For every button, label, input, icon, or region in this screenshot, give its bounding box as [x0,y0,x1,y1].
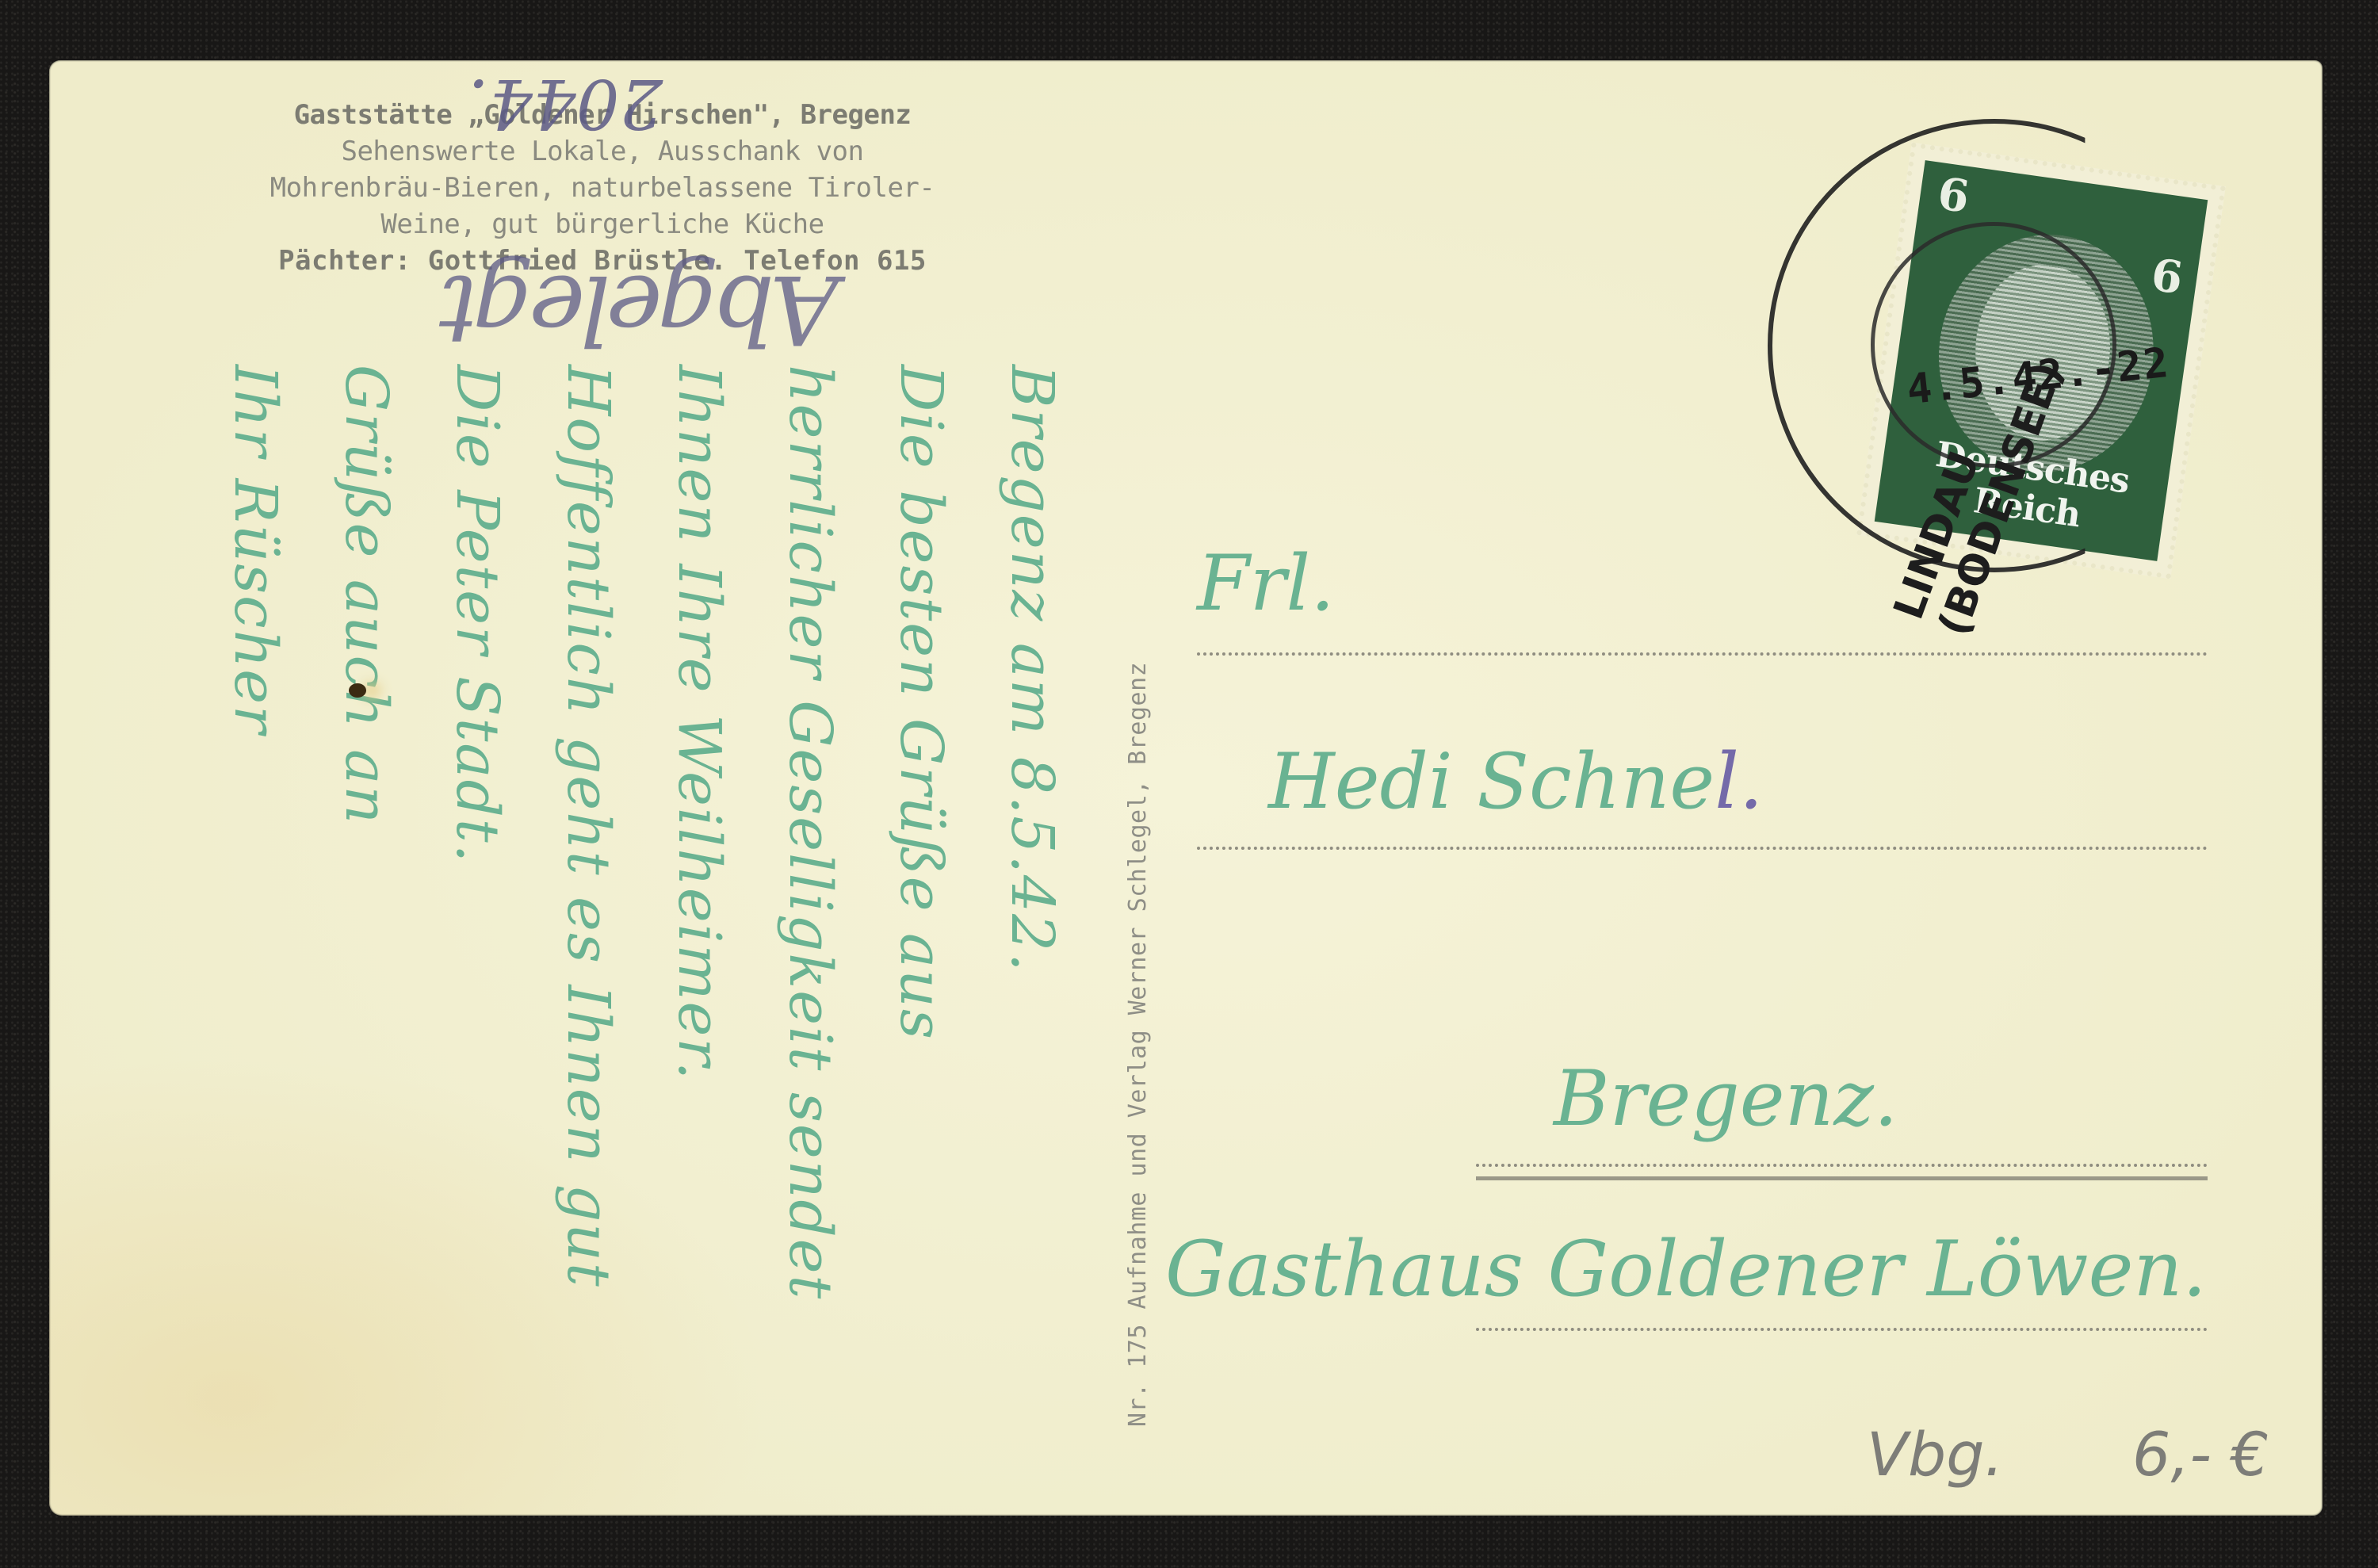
dealer-price: 6,- € [2132,1419,2269,1490]
message-line: Hoffentlich geht es Ihnen gut [554,365,622,1288]
address-rule-3 [1476,1164,2208,1167]
address-name-correction: l. [1715,737,1763,826]
address-line-2: Hedi Schnel. [1268,737,1763,826]
address-rule-1 [1197,652,2208,656]
address-line-3: Bregenz. [1554,1054,1898,1143]
pencil-archive-number: 2044. [468,63,663,143]
address-rule-4 [1476,1328,2208,1331]
message-line: Ihnen Ihre Weilheimer. [665,365,733,1081]
message-line: Grüße auch an [332,365,400,825]
message-line: Ihr Rüscher [221,365,289,735]
handwritten-message: Bregenz am 8.5.42. Die besten Grüße aus … [95,365,1078,1443]
dealer-region: Vbg. [1867,1419,2004,1490]
address-line-1: Frl. [1197,539,1335,628]
address-line-4: Gasthaus Goldener Löwen. [1165,1225,2207,1314]
header-line-4: Weine, gut bürgerliche Küche [151,206,1054,243]
pencil-note: Abgelegt [444,254,839,364]
message-line: herrlicher Geselligkeit sendet [776,365,844,1300]
header-line-3: Mohrenbräu-Bieren, naturbelassene Tirole… [151,170,1054,206]
message-line: Bregenz am 8.5.42. [998,365,1066,973]
ink-spot [349,683,366,698]
message-line: Die Peter Stadt. [443,365,511,864]
message-line: Die besten Grüße aus [887,365,955,1041]
publisher-imprint: Nr. 175 Aufnahme und Verlag Werner Schle… [1124,662,1152,1427]
address-rule-2 [1197,847,2208,850]
address-rule-3-underline [1476,1176,2208,1180]
address-name: Hedi Schne [1268,737,1715,826]
